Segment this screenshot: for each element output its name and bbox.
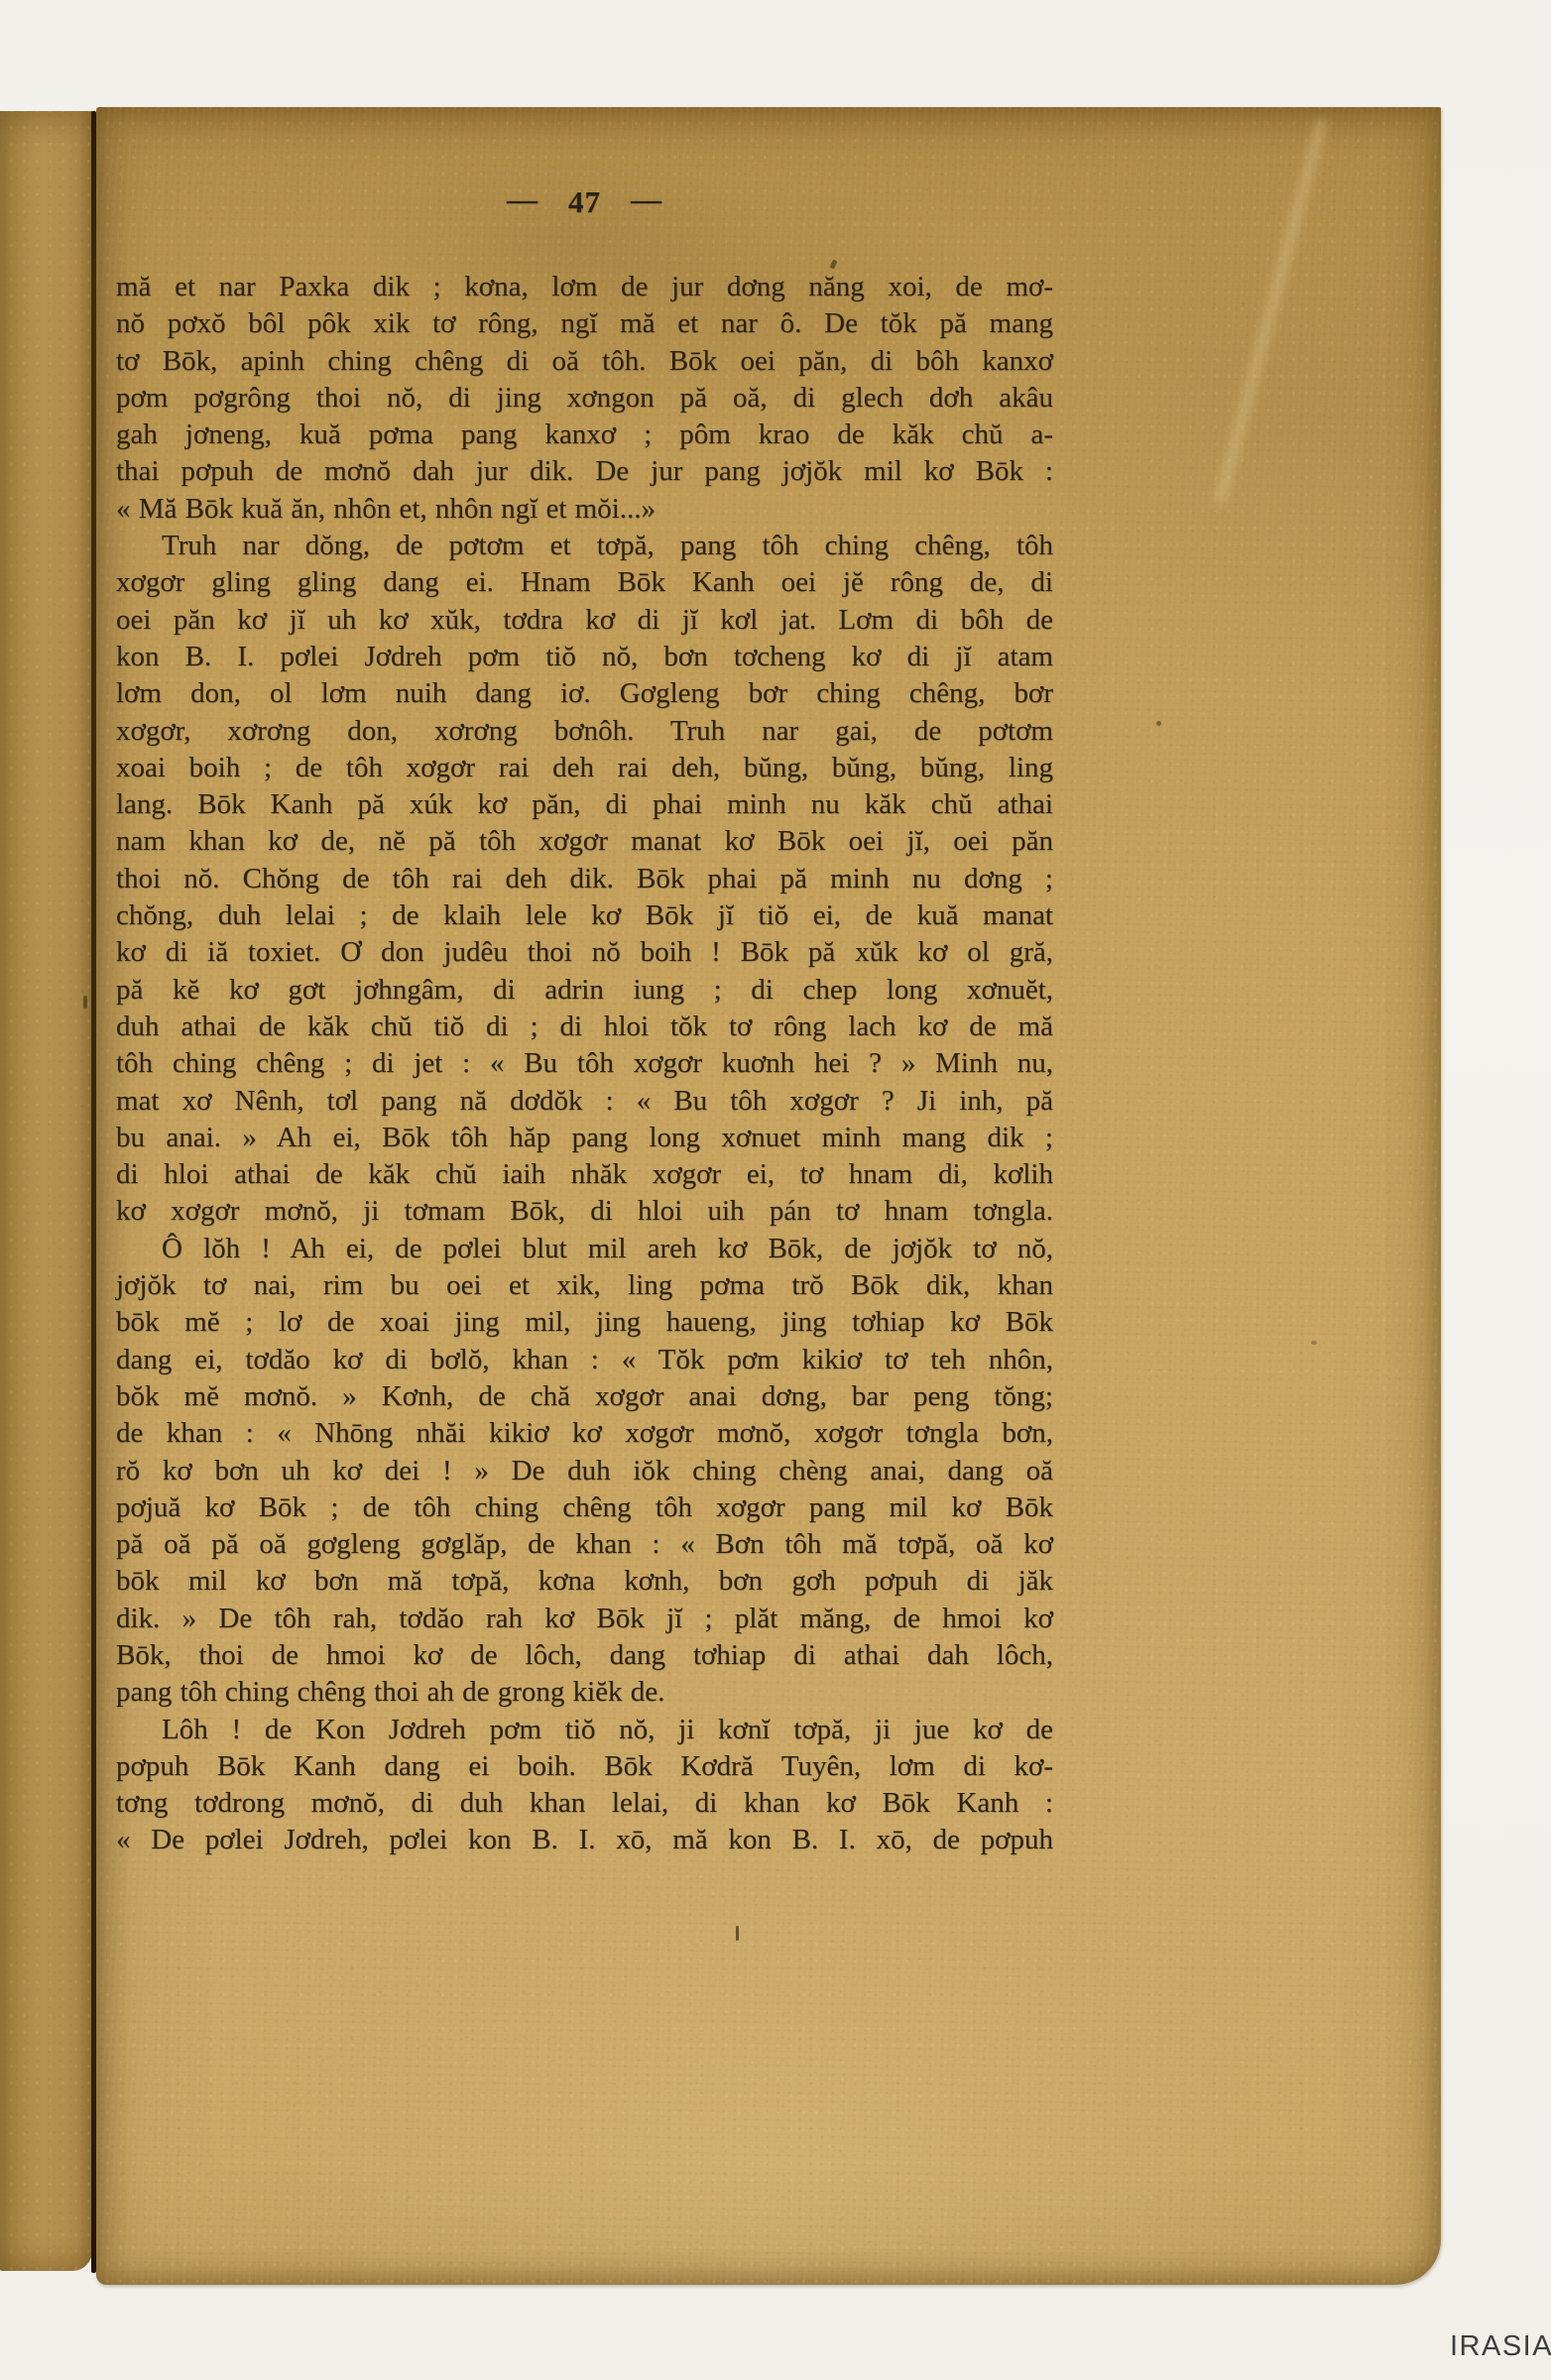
text-line: kơ di iă toxiet. Ơ don judêu thoi nŏ boi… [116,934,1053,971]
text-line: gah jơneng, kuă pơma pang kanxơ ; pôm kr… [116,416,1053,453]
page-number-header: —47— [116,184,1053,220]
text-line: pơpuh Bōk Kanh dang ei boih. Bōk Kơdră T… [116,1748,1053,1785]
text-line: bōk mĕ ; lơ de xoai jing mil, jing hauen… [116,1304,1053,1341]
scan-backdrop: —47— mă et nar Paxka dik ; kơna, lơm de … [0,0,1551,2380]
text-line: mă et nar Paxka dik ; kơna, lơm de jur d… [116,269,1053,305]
watermark-label: IRASIA [1450,2330,1551,2363]
text-line: oei păn kơ jĭ uh kơ xŭk, tơdra kơ di jĭ … [116,602,1053,639]
text-line: mat xơ Nênh, tơl pang nă dơdŏk : « Bu tô… [116,1083,1053,1120]
text-line: pă oă pă oă gơgleng gơglăp, de khan : « … [116,1526,1053,1563]
text-line: Truh nar dŏng, de pơtơm et tơpă, pang tô… [116,528,1053,564]
text-line: tôh ching chêng ; di jet : « Bu tôh xơgơ… [116,1045,1053,1082]
text-line: pang tôh ching chêng thoi ah de grong ki… [116,1674,1053,1711]
text-line: kon B. I. pơlei Jơdreh pơm tiŏ nŏ, bơn t… [116,639,1053,675]
text-line: tơ Bōk, apinh ching chêng di oă tôh. Bōk… [116,343,1053,380]
text-line: xơgơr gling gling dang ei. Hnam Bōk Kanh… [116,564,1053,601]
text-line: pơm pơgrông thoi nŏ, di jing xơngon pă o… [116,380,1053,416]
text-line: rŏ kơ bơn uh kơ dei ! » De duh iŏk ching… [116,1453,1053,1489]
text-line: bu anai. » Ah ei, Bōk tôh hăp pang long … [116,1120,1053,1156]
text-line: Ô lŏh ! Ah ei, de pơlei blut mil areh kơ… [116,1231,1053,1267]
text-line: jơjŏk tơ nai, rim bu oei et xik, ling pơ… [116,1267,1053,1304]
text-line: nam khan kơ de, nĕ pă tôh xơgơr manat kơ… [116,823,1053,860]
text-line: « Mă Bōk kuă ăn, nhôn et, nhôn ngĭ et mŏ… [116,491,1053,528]
text-line: pă kĕ kơ gơt jơhngâm, di adrin iung ; di… [116,972,1053,1009]
text-line: lơm don, ol lơm nuih dang iơ. Gơgleng bơ… [116,675,1053,712]
text-line: bōk mil kơ bơn mă tơpă, kơna kơnh, bơn g… [116,1563,1053,1600]
text-line: kơ xơgơr mơnŏ, ji tơmam Bōk, di hloi uih… [116,1193,1053,1230]
text-line: duh athai de kăk chŭ tiŏ di ; di hloi tŏ… [116,1009,1053,1045]
previous-page-edge [0,111,92,2271]
text-line: tơng tơdrong mơnŏ, di duh khan lelai, di… [116,1785,1053,1822]
text-line: di hloi athai de kăk chŭ iaih nhăk xơgơr… [116,1156,1053,1193]
text-line: « De pơlei Jơdreh, pơlei kon B. I. xō, m… [116,1822,1053,1858]
text-line: dik. » De tôh rah, tơdăo rah kơ Bōk jĭ ;… [116,1601,1053,1637]
page-text: mă et nar Paxka dik ; kơna, lơm de jur d… [116,269,1053,1859]
text-line: xoai boih ; de tôh xơgơr rai deh rai deh… [116,750,1053,786]
text-line: de khan : « Nhōng nhăi kikiơ kơ xơgơr mơ… [116,1415,1053,1452]
text-line: pơjuă kơ Bōk ; de tôh ching chêng tôh xơ… [116,1489,1053,1526]
text-line: dang ei, tơdăo kơ di bơlŏ, khan : « Tŏk … [116,1342,1053,1378]
text-line: Lôh ! de Kon Jơdreh pơm tiŏ nŏ, ji kơnĭ … [116,1712,1053,1748]
page-number: 47 [568,184,601,219]
text-line: xơgơr, xơrơng don, xơrơng bơnôh. Truh na… [116,713,1053,750]
text-line: thai pơpuh de mơnŏ dah jur dik. De jur p… [116,453,1053,490]
paper-crease [1215,119,1326,505]
text-line: Bōk, thoi de hmoi kơ de lôch, dang tơhia… [116,1637,1053,1674]
text-line: chŏng, duh lelai ; de klaih lele kơ Bōk … [116,897,1053,934]
header-dash-right: — [631,181,662,217]
text-line: bŏk mĕ mơnŏ. » Kơnh, de chă xơgơr anai d… [116,1378,1053,1415]
paper-texture [0,111,92,2271]
header-dash-left: — [507,181,538,217]
text-line: nŏ pơxŏ bôl pôk xik tơ rông, ngĭ mă et n… [116,305,1053,342]
text-line: thoi nŏ. Chŏng de tôh rai deh dik. Bōk p… [116,861,1053,897]
text-line: lang. Bōk Kanh pă xúk kơ păn, di phai mi… [116,786,1053,823]
